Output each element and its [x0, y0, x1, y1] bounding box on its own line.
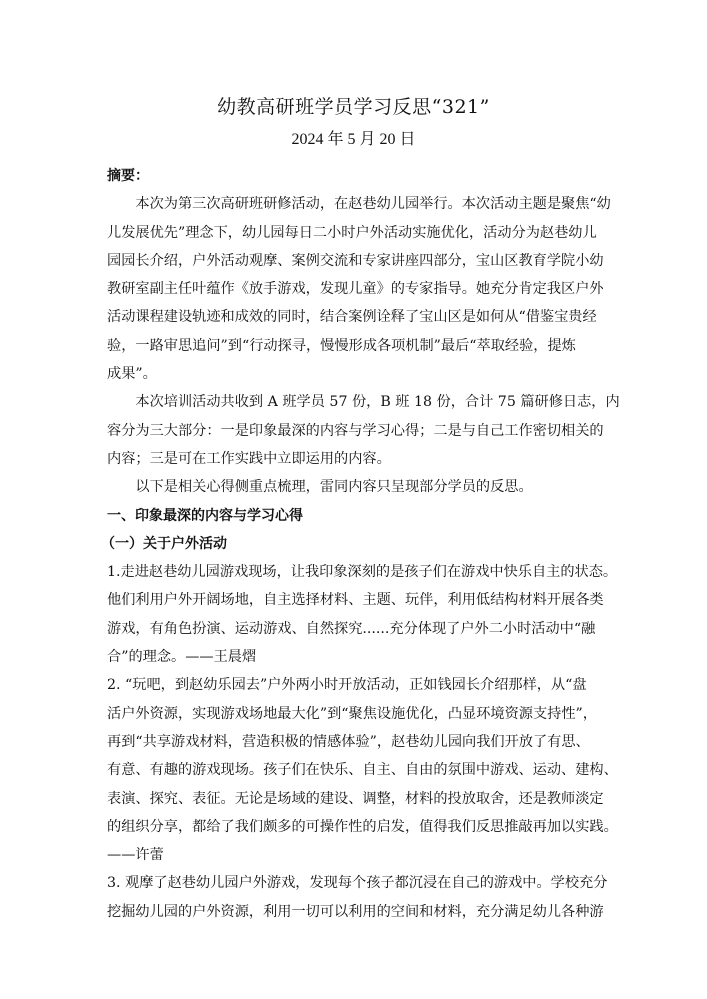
text-line: 有意、有趣的游戏现场。孩子们在快乐、自主、自由的氛围中游戏、运动、建构、 [107, 756, 603, 784]
text-line: 合”的理念。——王晨熠 [107, 643, 603, 671]
text-line: 表演、探究、表征。无论是场域的建设、调整，材料的投放取舍，还是教师淡定 [107, 785, 603, 813]
text-line: 的组织分享，都给了我们颇多的可操作性的启发，值得我们反思推敲再加以实践。 [107, 813, 603, 841]
text-line: 游戏，有角色扮演、运动游戏、自然探究......充分体现了户外二小时活动中“融 [107, 615, 603, 643]
abstract-paragraph-3: 以下是相关心得侧重点梳理，雷同内容只呈现部分学员的反思。 [107, 473, 603, 501]
reflection-item-1: 1.走进赵巷幼儿园游戏现场，让我印象深刻的是孩子们在游戏中快乐自主的状态。 他们… [107, 558, 603, 671]
text-line: 3. 观摩了赵巷幼儿园户外游戏，发现每个孩子都沉浸在自己的游戏中。学校充分 [107, 869, 603, 897]
reflection-item-3: 3. 观摩了赵巷幼儿园户外游戏，发现每个孩子都沉浸在自己的游戏中。学校充分 挖掘… [107, 869, 603, 926]
reflection-item-2: 2. “玩吧，到赵幼乐园去”户外两小时开放活动，正如钱园长介绍那样，从“盘 活户… [107, 671, 603, 869]
document-date: 2024 年 5 月 20 日 [0, 128, 707, 152]
text-line: 内容；三是可在工作实践中立即运用的内容。 [107, 445, 603, 473]
text-line: 本次培训活动共收到 A 班学员 57 份，B 班 18 份，合计 75 篇研修日… [107, 388, 603, 416]
abstract-paragraph-1: 本次为第三次高研班研修活动，在赵巷幼儿园举行。本次活动主题是聚焦“幼 儿发展优先… [107, 190, 603, 388]
text-line: 教研室副主任叶蕴作《放手游戏，发现儿童》的专家指导。她充分肯定我区户外 [107, 275, 603, 303]
document-title: 幼教高研班学员学习反思“321” [0, 94, 707, 120]
text-line: 本次为第三次高研班研修活动，在赵巷幼儿园举行。本次活动主题是聚焦“幼 [107, 190, 603, 218]
text-line: 挖掘幼儿园的户外资源，利用一切可以利用的空间和材料，充分满足幼儿各种游 [107, 898, 603, 926]
text-line: 成果”。 [107, 360, 603, 388]
text-line: 以下是相关心得侧重点梳理，雷同内容只呈现部分学员的反思。 [107, 473, 603, 501]
document-page: 幼教高研班学员学习反思“321” 2024 年 5 月 20 日 摘要： 本次为… [0, 0, 707, 999]
abstract-paragraph-2: 本次培训活动共收到 A 班学员 57 份，B 班 18 份，合计 75 篇研修日… [107, 388, 603, 473]
section-1-heading: 一、印象最深的内容与学习心得 [107, 502, 603, 530]
text-line: 园园长介绍，户外活动观摩、案例交流和专家讲座四部分，宝山区教育学院小幼 [107, 247, 603, 275]
text-line: ——许蕾 [107, 841, 603, 869]
text-line: 验，一路审思追问”到“行动探寻，慢慢形成各项机制”最后“萃取经验，提炼 [107, 332, 603, 360]
text-line: 再到“共享游戏材料，营造积极的情感体验”，赵巷幼儿园向我们开放了有思、 [107, 728, 603, 756]
document-body: 摘要： 本次为第三次高研班研修活动，在赵巷幼儿园举行。本次活动主题是聚焦“幼 儿… [107, 162, 603, 926]
text-line: 儿发展优先”理念下，幼儿园每日二小时户外活动实施优化，活动分为赵巷幼儿 [107, 219, 603, 247]
text-line: 2. “玩吧，到赵幼乐园去”户外两小时开放活动，正如钱园长介绍那样，从“盘 [107, 671, 603, 699]
text-line: 容分为三大部分：一是印象最深的内容与学习心得；二是与自己工作密切相关的 [107, 417, 603, 445]
text-line: 他们利用户外开阔场地，自主选择材料、主题、玩伴，利用低结构材料开展各类 [107, 586, 603, 614]
text-line: 活户外资源，实现游戏场地最大化”到“聚焦设施优化，凸显环境资源支持性”， [107, 700, 603, 728]
subsection-1-heading: （一）关于户外活动 [101, 530, 603, 558]
text-line: 活动课程建设轨迹和成效的同时，结合案例诠释了宝山区是如何从“借鉴宝贵经 [107, 303, 603, 331]
text-line: 1.走进赵巷幼儿园游戏现场，让我印象深刻的是孩子们在游戏中快乐自主的状态。 [107, 558, 603, 586]
abstract-label: 摘要： [107, 162, 603, 190]
